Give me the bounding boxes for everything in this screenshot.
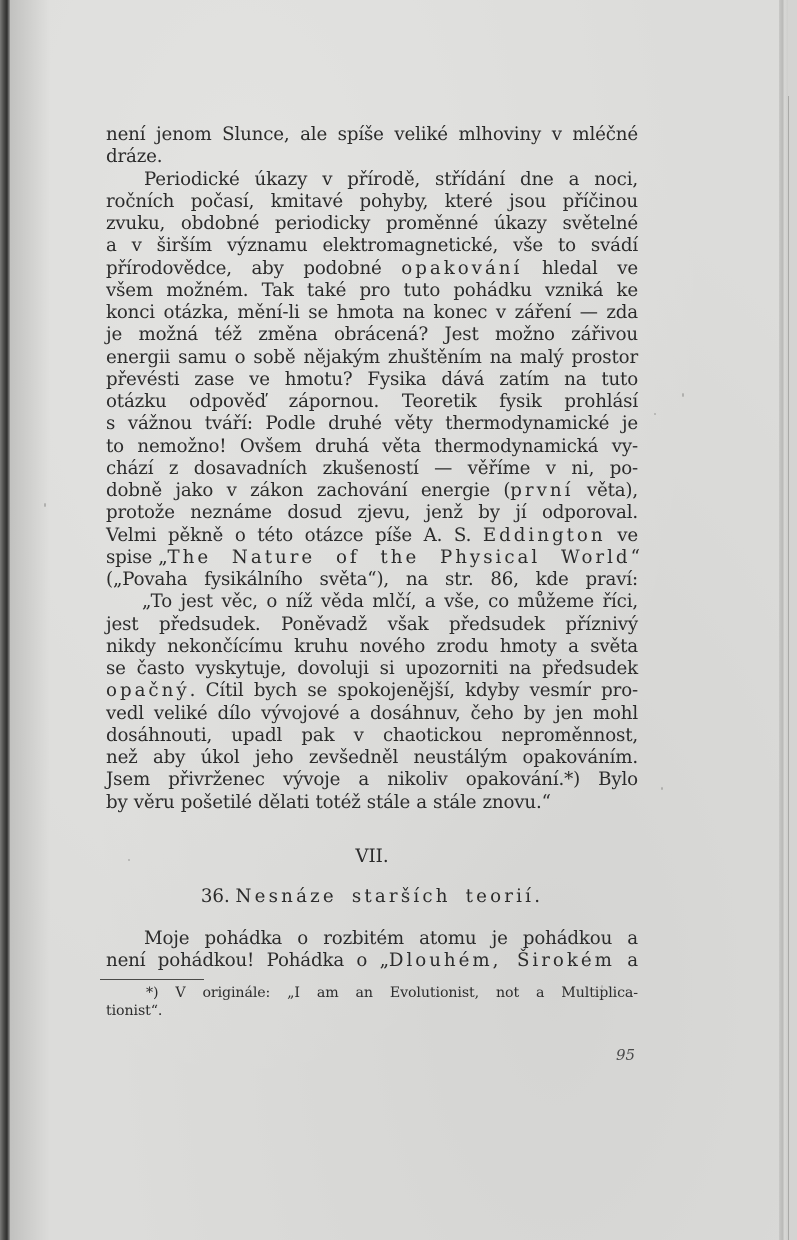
text-line: s vážnou tváří: Podle druhé věty thermod… bbox=[106, 413, 638, 435]
spaced-emphasis: Dlouhém, Širokém bbox=[389, 950, 615, 971]
body-text: není jenom Slunce, ale spíše veliké mlho… bbox=[106, 124, 638, 814]
paper-speck bbox=[682, 393, 684, 397]
binding-gutter-shade bbox=[10, 0, 50, 1240]
text-line: by věru pošetilé dělati totéž stále a st… bbox=[106, 792, 638, 814]
footnote: *) V originále: „I am an Evolutionist, n… bbox=[106, 984, 638, 1020]
spaced-emphasis: opačný bbox=[106, 680, 190, 701]
text-line: zvuku, obdobné periodicky proměnné úkazy… bbox=[106, 213, 638, 235]
text-line: Moje pohádka o rozbitém atomu je pohádko… bbox=[106, 928, 638, 950]
text-line: je možná též změna obrácená? Jest možno … bbox=[106, 324, 638, 346]
text-line: Periodické úkazy v přírodě, střídání dne… bbox=[106, 169, 638, 191]
text-line: to nemožno! Ovšem druhá věta thermodynam… bbox=[106, 436, 638, 458]
text-line: Velmi pěkně o této otázce píše A. S. Edd… bbox=[106, 525, 638, 547]
text-line: Jsem přivrženec vývoje a nikoliv opaková… bbox=[106, 769, 638, 791]
text-line: konci otázka, mění-li se hmota na konec … bbox=[106, 302, 638, 324]
text-line: opačný. Cítil bych se spokojenější, kdyb… bbox=[106, 680, 638, 702]
paper-speck bbox=[654, 413, 656, 415]
section-body-text: Moje pohádka o rozbitém atomu je pohádko… bbox=[106, 928, 638, 973]
text-line: spise „The Nature of the Physical World“ bbox=[106, 547, 638, 569]
section-heading: 36. Nesnáze starších teorií. bbox=[106, 886, 638, 908]
text-line: dobně jako v zákon zachování energie (pr… bbox=[106, 480, 638, 502]
spaced-emphasis: Eddington bbox=[483, 525, 606, 546]
text-line: protože neznáme dosud zjevu, jenž by jí … bbox=[106, 502, 638, 524]
text-line: „To jest věc, o níž věda mlčí, a vše, co… bbox=[106, 591, 638, 613]
text-line: se často vyskytuje, dovoluji si upozorni… bbox=[106, 658, 638, 680]
text-line: otázku odpověď zápornou. Teoretik fysik … bbox=[106, 391, 638, 413]
text-line: energii samu o sobě nějakým zhuštěním na… bbox=[106, 347, 638, 369]
footnote-rule bbox=[100, 979, 204, 980]
spaced-emphasis: první bbox=[510, 480, 573, 501]
text-line: není jenom Slunce, ale spíše veliké mlho… bbox=[106, 124, 638, 146]
book-binding-shadow bbox=[0, 0, 10, 1240]
page-edge-line bbox=[788, 96, 789, 1240]
footnote-line: *) V originále: „I am an Evolutionist, n… bbox=[106, 984, 638, 1002]
page-number: 95 bbox=[616, 1046, 635, 1064]
chapter-heading: VII. bbox=[106, 846, 638, 868]
text-line: dráze. bbox=[106, 146, 638, 168]
paper-speck bbox=[661, 787, 663, 790]
text-line: než aby úkol jeho zevšedněl neustálým op… bbox=[106, 747, 638, 769]
text-line: chází z dosavadních zkušeností — věříme … bbox=[106, 458, 638, 480]
text-line: („Povaha fysikálního světa“), na str. 86… bbox=[106, 569, 638, 591]
text-line: nikdy nekončícímu kruhu nového zrodu hmo… bbox=[106, 636, 638, 658]
section-number: 36. bbox=[201, 886, 230, 907]
text-line: dosáhnouti, upadl pak v chaotickou nepro… bbox=[106, 725, 638, 747]
text-line: jest předsudek. Poněvadž však předsudek … bbox=[106, 614, 638, 636]
text-line: vedl veliké dílo vývojové a dosáhnuv, če… bbox=[106, 703, 638, 725]
spaced-emphasis: The Nature of the Physical World bbox=[168, 547, 631, 568]
section-title-text: Nesnáze starších teorií. bbox=[236, 886, 544, 907]
text-line: převésti zase ve hmotu? Fysika dává zatí… bbox=[106, 369, 638, 391]
page-edge bbox=[779, 0, 788, 1240]
text-line: přírodovědce, aby podobné opakování hled… bbox=[106, 258, 638, 280]
spaced-emphasis: opakování bbox=[401, 258, 522, 279]
text-line: všem možném. Tak také pro tuto pohádku v… bbox=[106, 280, 638, 302]
text-line: ročních počasí, kmitavé pohyby, které js… bbox=[106, 191, 638, 213]
text-line: a v širším významu elektromagnetické, vš… bbox=[106, 235, 638, 257]
text-line: není pohádkou! Pohádka o „Dlouhém, Širok… bbox=[106, 950, 638, 972]
paper-speck bbox=[44, 503, 46, 507]
footnote-line: tionist“. bbox=[106, 1002, 638, 1020]
